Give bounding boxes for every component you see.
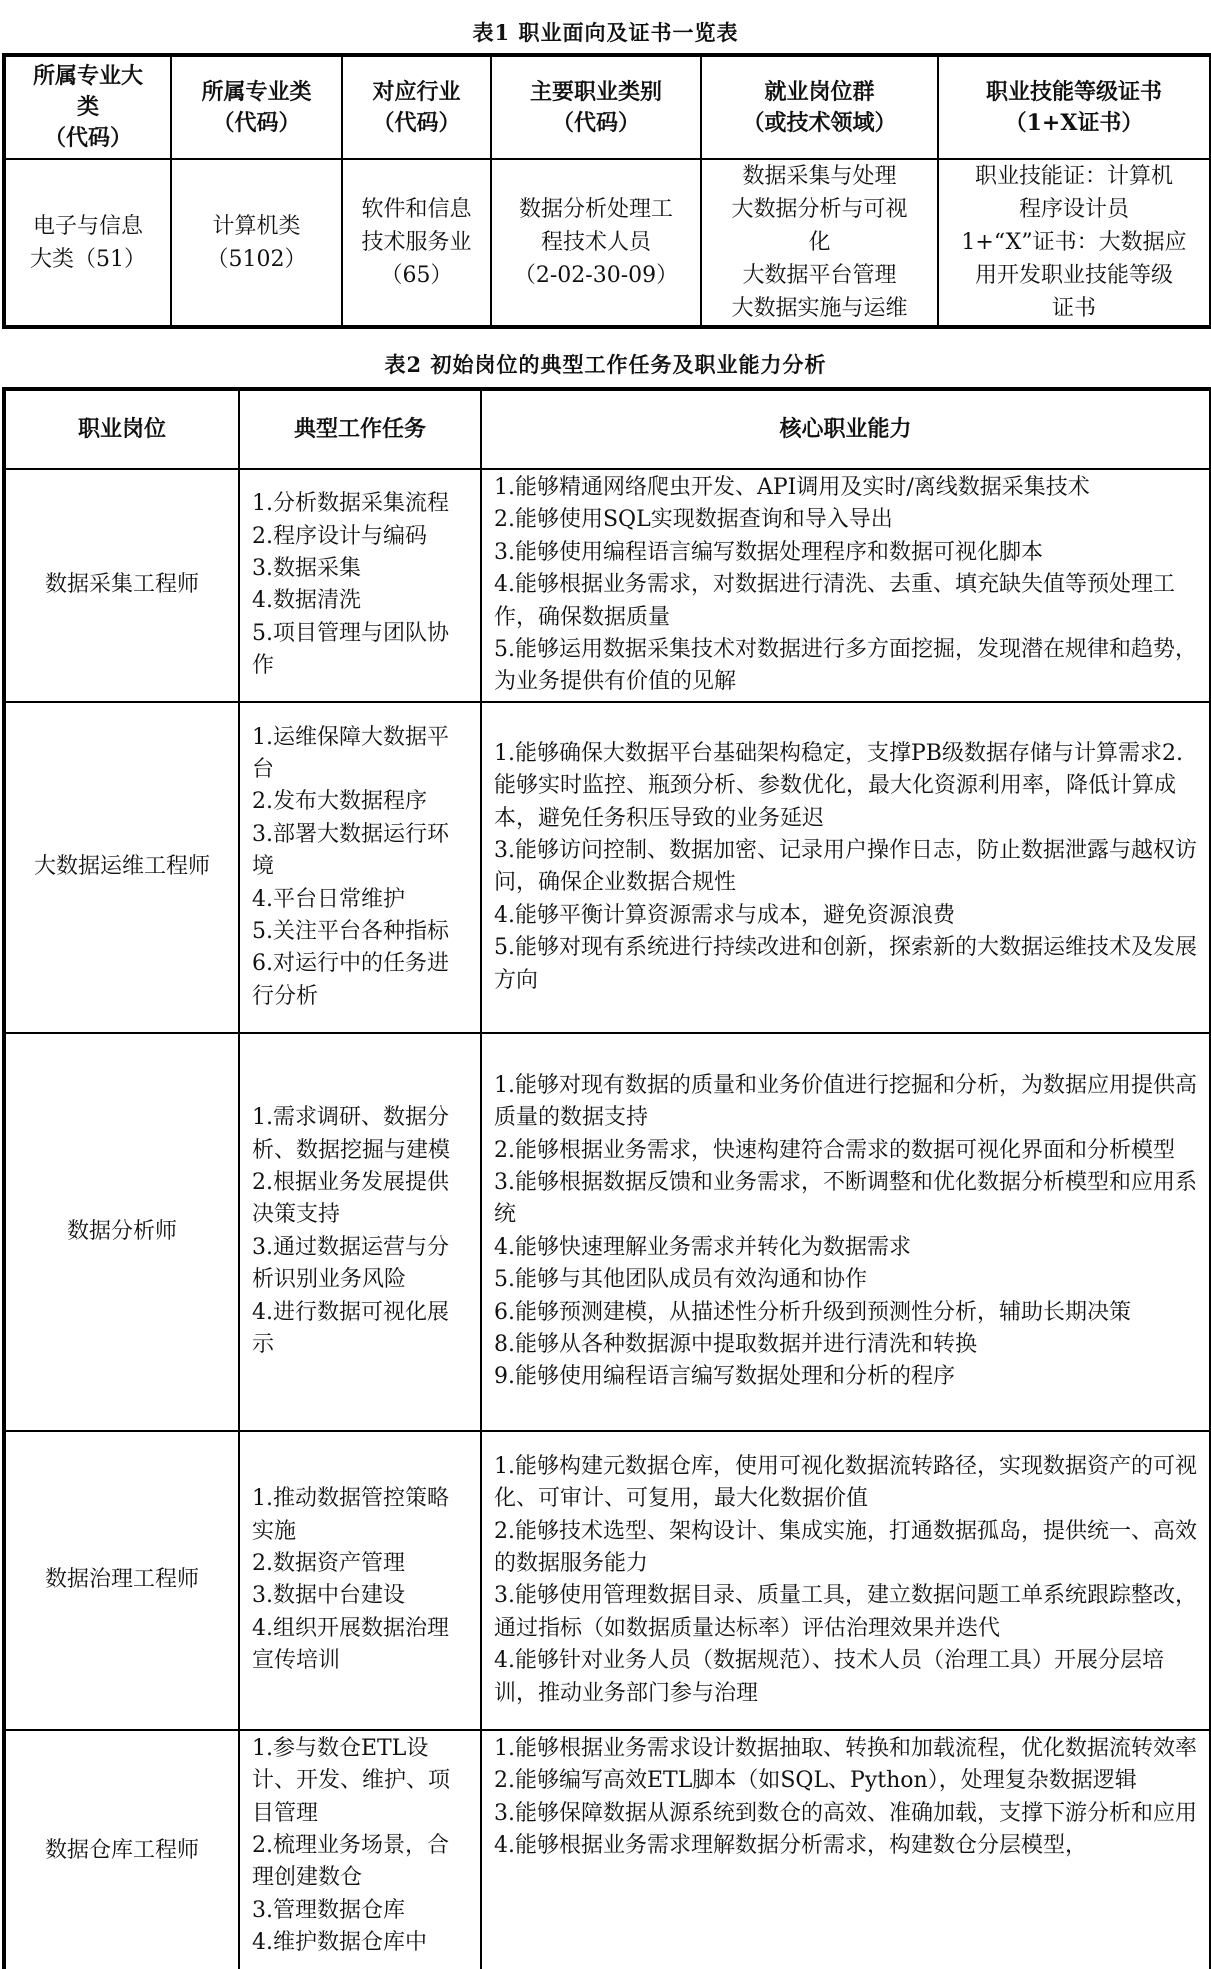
header-major-class: 所属专业类 （代码） [171, 55, 342, 159]
table-row: 数据分析师 1.需求调研、数据分析、数据挖掘与建模 2.根据业务发展提供决策支持… [4, 1033, 1211, 1431]
abilities-cell: 1.能够确保大数据平台基础架构稳定，支撑PB级数据存储与计算需求2.能够实时监控… [481, 702, 1211, 1033]
header-job-groups: 就业岗位群 （或技术领域） [701, 55, 938, 159]
tasks-cell: 1.参与数仓ETL设计、开发、维护、项目管理 2.梳理业务场景，合理创建数仓 3… [239, 1730, 481, 1969]
header-major-category: 所属专业大 类 （代码） [4, 55, 171, 159]
table-row: 数据治理工程师 1.推动数据管控策略实施 2.数据资产管理 3.数据中台建设 4… [4, 1431, 1211, 1730]
header-industry: 对应行业 （代码） [342, 55, 491, 159]
abilities-cell: 1.能够根据业务需求设计数据抽取、转换和加载流程，优化数据流转效率 2.能够编写… [481, 1730, 1211, 1969]
cell-certificates: 职业技能证：计算机 程序设计员 1+“X”证书：大数据应 用开发职业技能等级 证… [938, 159, 1211, 327]
table-row: 数据仓库工程师 1.参与数仓ETL设计、开发、维护、项目管理 2.梳理业务场景，… [4, 1730, 1211, 1969]
table-row: 数据采集工程师 1.分析数据采集流程 2.程序设计与编码 3.数据采集 4.数据… [4, 469, 1211, 702]
position-cell: 数据采集工程师 [4, 469, 239, 702]
table-row: 大数据运维工程师 1.运维保障大数据平台 2.发布大数据程序 3.部署大数据运行… [4, 702, 1211, 1033]
position-cell: 数据分析师 [4, 1033, 239, 1431]
tasks-cell: 1.分析数据采集流程 2.程序设计与编码 3.数据采集 4.数据清洗 5.项目管… [239, 469, 481, 702]
table1-header-row: 所属专业大 类 （代码） 所属专业类 （代码） 对应行业 （代码） 主要职业类别… [4, 55, 1211, 159]
table2-header-row: 职业岗位 典型工作任务 核心职业能力 [4, 389, 1211, 469]
header-position: 职业岗位 [4, 389, 239, 469]
tasks-cell: 1.推动数据管控策略实施 2.数据资产管理 3.数据中台建设 4.组织开展数据治… [239, 1431, 481, 1730]
header-occupation: 主要职业类别 （代码） [491, 55, 701, 159]
position-cell: 数据仓库工程师 [4, 1730, 239, 1969]
table1-caption: 表1 职业面向及证书一览表 [0, 20, 1211, 46]
abilities-cell: 1.能够精通网络爬虫开发、API调用及实时/离线数据采集技术 2.能够使用SQL… [481, 469, 1211, 702]
cell-major-class: 计算机类 （5102） [171, 159, 342, 327]
table2-caption: 表2 初始岗位的典型工作任务及职业能力分析 [0, 352, 1211, 378]
header-tasks: 典型工作任务 [239, 389, 481, 469]
header-certificates: 职业技能等级证书 （1+X证书） [938, 55, 1211, 159]
tasks-cell: 1.需求调研、数据分析、数据挖掘与建模 2.根据业务发展提供决策支持 3.通过数… [239, 1033, 481, 1431]
abilities-cell: 1.能够对现有数据的质量和业务价值进行挖掘和分析，为数据应用提供高质量的数据支持… [481, 1033, 1211, 1431]
abilities-cell: 1.能够构建元数据仓库，使用可视化数据流转路径，实现数据资产的可视化、可审计、可… [481, 1431, 1211, 1730]
occupation-certificate-table: 所属专业大 类 （代码） 所属专业类 （代码） 对应行业 （代码） 主要职业类别… [2, 53, 1211, 329]
tasks-cell: 1.运维保障大数据平台 2.发布大数据程序 3.部署大数据运行环境 4.平台日常… [239, 702, 481, 1033]
table1-row: 电子与信息 大类（51） 计算机类 （5102） 软件和信息 技术服务业 （65… [4, 159, 1211, 327]
position-cell: 大数据运维工程师 [4, 702, 239, 1033]
position-cell: 数据治理工程师 [4, 1431, 239, 1730]
cell-occupation: 数据分析处理工 程技术人员 （2-02-30-09） [491, 159, 701, 327]
cell-job-groups: 数据采集与处理 大数据分析与可视 化 大数据平台管理 大数据实施与运维 [701, 159, 938, 327]
cell-major-category: 电子与信息 大类（51） [4, 159, 171, 327]
cell-industry: 软件和信息 技术服务业 （65） [342, 159, 491, 327]
job-task-ability-table: 职业岗位 典型工作任务 核心职业能力 数据采集工程师 1.分析数据采集流程 2.… [2, 387, 1211, 1969]
header-abilities: 核心职业能力 [481, 389, 1211, 469]
